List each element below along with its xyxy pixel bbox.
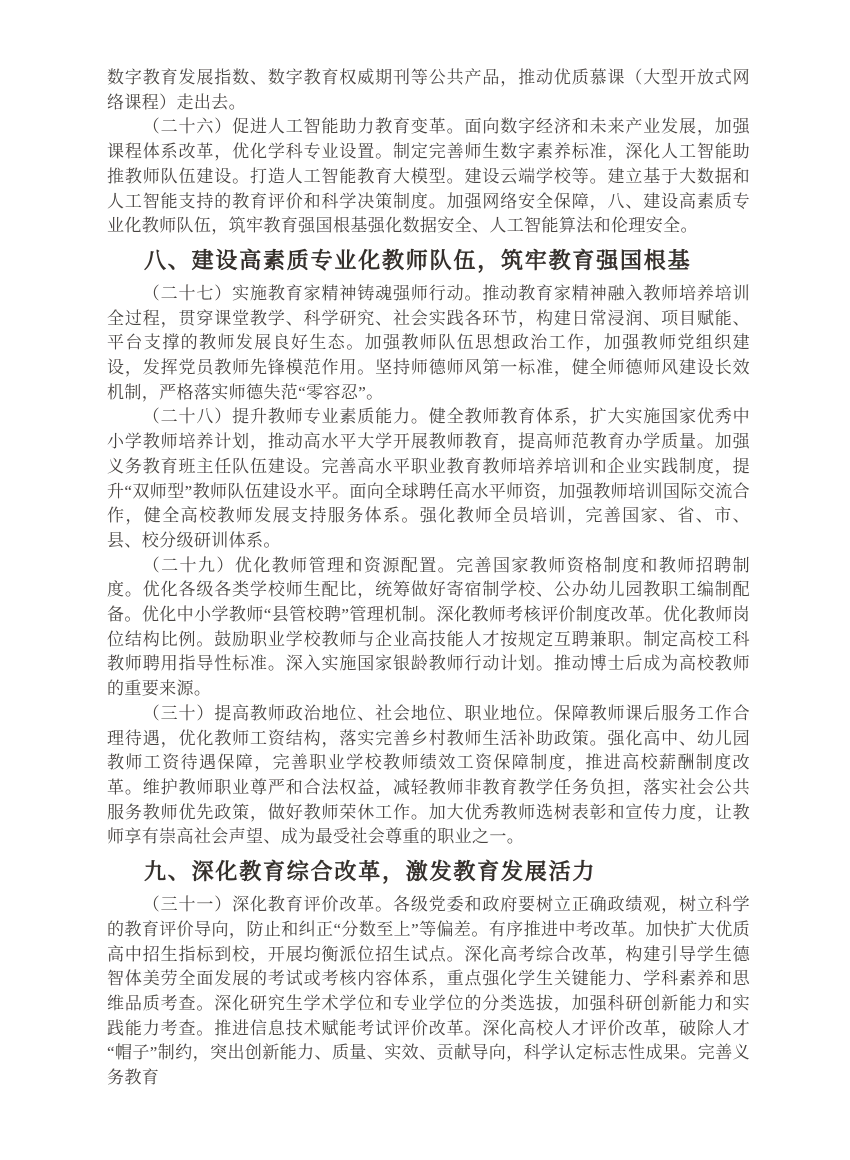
document-page: 数字教育发展指数、数字教育权威期刊等公共产品，推动优质慕课（大型开放式网络课程）… bbox=[0, 0, 850, 1160]
paragraph-28: （二十八）提升教师专业素质能力。健全教师教育体系，扩大实施国家优秀中小学教师培养… bbox=[107, 405, 750, 553]
paragraph-31: （三十一）深化教育评价改革。各级党委和政府要树立正确政绩观，树立科学的教育评价导… bbox=[107, 893, 750, 1091]
paragraph-26: （二十六）促进人工智能助力教育变革。面向数字经济和未来产业发展，加强课程体系改革… bbox=[107, 115, 750, 239]
paragraph-25-continuation: 数字教育发展指数、数字教育权威期刊等公共产品，推动优质慕课（大型开放式网络课程）… bbox=[107, 66, 750, 115]
section-heading-9: 九、深化教育综合改革，激发教育发展活力 bbox=[107, 857, 750, 887]
paragraph-29: （二十九）优化教师管理和资源配置。完善国家教师资格制度和教师招聘制度。优化各级各… bbox=[107, 554, 750, 702]
section-heading-8: 八、建设高素质专业化教师队伍，筑牢教育强国根基 bbox=[107, 246, 750, 276]
document-text-block: 数字教育发展指数、数字教育权威期刊等公共产品，推动优质慕课（大型开放式网络课程）… bbox=[107, 66, 750, 1091]
paragraph-30: （三十）提高教师政治地位、社会地位、职业地位。保障教师课后服务工作合理待遇，优化… bbox=[107, 702, 750, 850]
paragraph-27: （二十七）实施教育家精神铸魂强师行动。推动教育家精神融入教师培养培训全过程，贯穿… bbox=[107, 282, 750, 406]
